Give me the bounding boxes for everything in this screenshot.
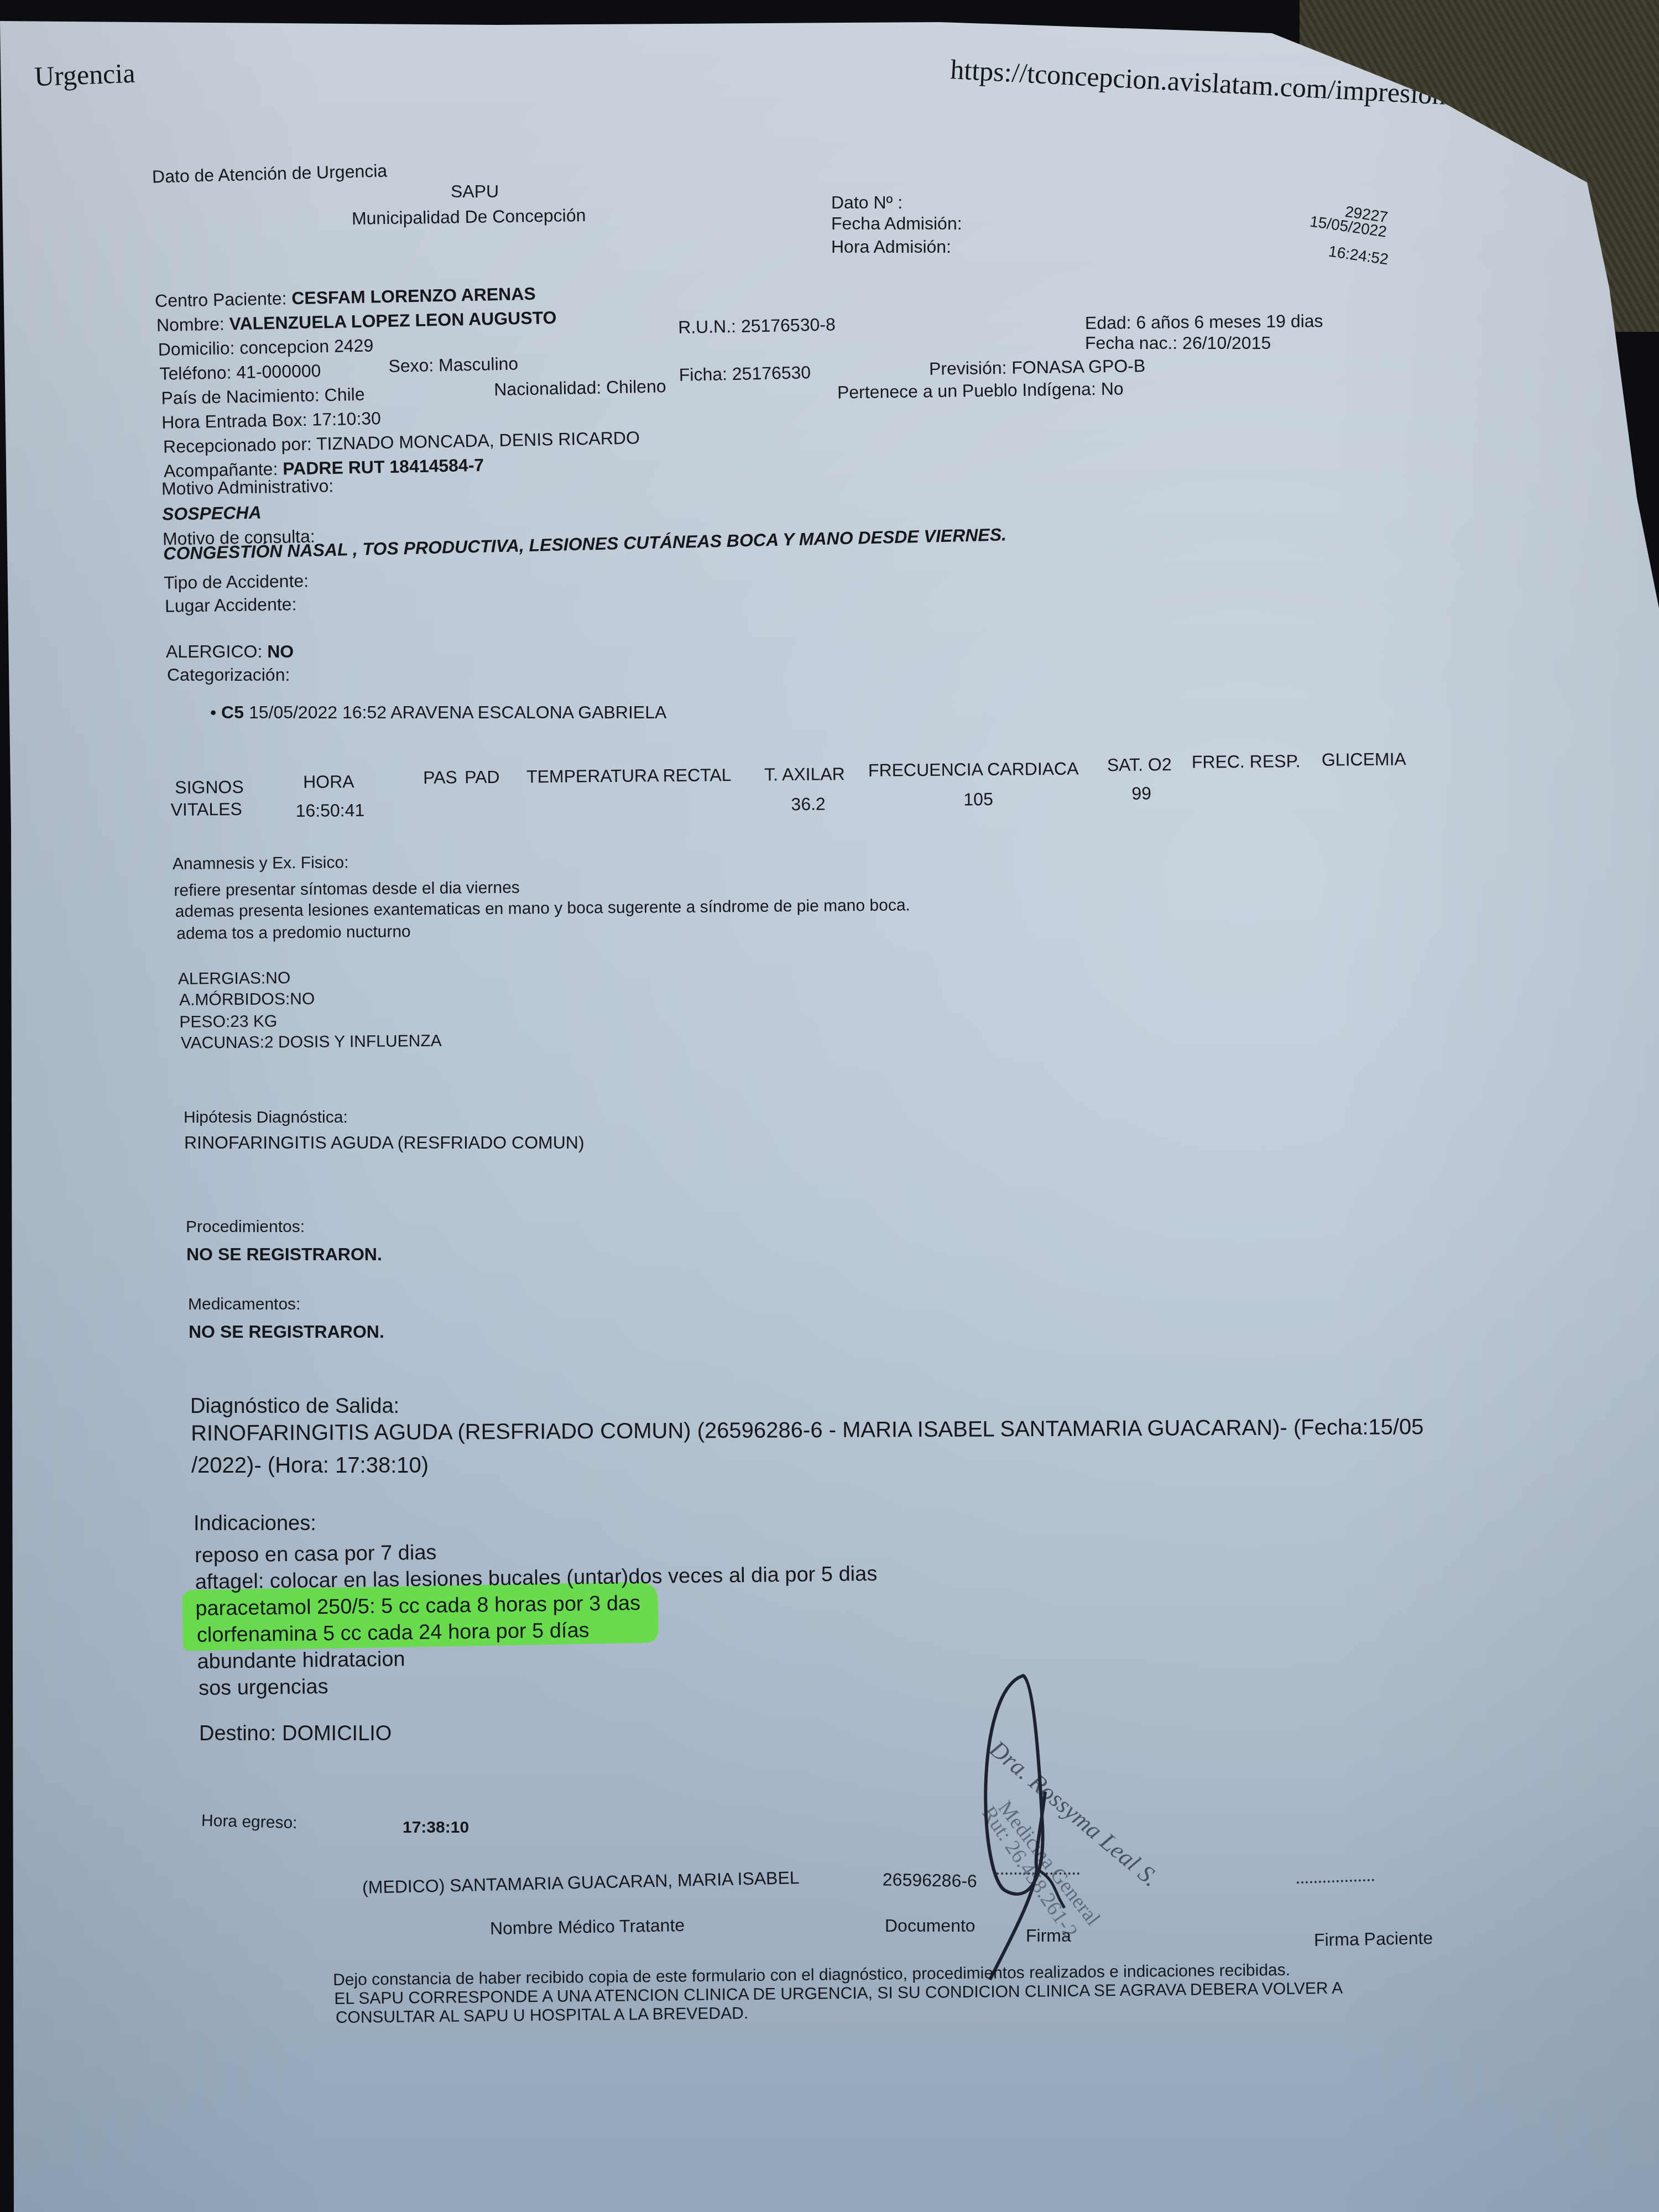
anamnesis-label: Anamnesis y Ex. Fisico: <box>173 854 349 873</box>
fecha-admision-label: Fecha Admisión: <box>831 215 962 232</box>
indicacion-item: abundante hidratacion <box>197 1648 405 1672</box>
diagnostico-salida-label: Diagnóstico de Salida: <box>190 1396 399 1417</box>
ficha-label: Ficha: <box>679 364 727 385</box>
sexo: Sexo: Masculino <box>388 354 518 375</box>
vitals-row-label-1: SIGNOS <box>175 778 244 796</box>
tipo-accidente-label: Tipo de Accidente: <box>164 572 309 592</box>
destino: Destino: DOMICILIO <box>199 1723 392 1744</box>
domicilio: Domicilio: concepcion 2429 <box>158 336 373 358</box>
destino-value: DOMICILIO <box>282 1722 392 1745</box>
edad-label: Edad: <box>1085 312 1131 333</box>
vitals-row-label-2: VITALES <box>170 800 242 818</box>
history-line: A.MÓRBIDOS:NO <box>179 991 315 1009</box>
categorizacion-label: Categorización: <box>167 666 290 684</box>
indicaciones-label: Indicaciones: <box>194 1513 316 1534</box>
hora-box-value: 17:10:30 <box>312 408 381 429</box>
medico-name-caption: Nombre Médico Tratante <box>490 1916 685 1937</box>
prevision: Previsión: FONASA GPO-B <box>929 357 1146 377</box>
nacionalidad-value: Chileno <box>606 376 666 397</box>
firma-paciente-caption: Firma Paciente <box>1314 1929 1433 1949</box>
history-line: ALERGIAS:NO <box>178 970 291 988</box>
categorizacion-code: C5 <box>221 702 244 722</box>
col-frec-resp: FREC. RESP. <box>1192 751 1301 773</box>
nacionalidad-label: Nacionalidad: <box>494 378 602 400</box>
medicamentos-value: NO SE REGISTRARON. <box>189 1323 384 1340</box>
footer-line: CONSULTAR AL SAPU U HOSPITAL A LA BREVED… <box>336 2005 749 2026</box>
col-frecuencia-cardiaca: FRECUENCIA CARDIACA <box>868 759 1079 781</box>
fecha-nac-label: Fecha nac.: <box>1085 333 1177 353</box>
diagnostico-salida-line2: /2022)- (Hora: 17:38:10) <box>191 1454 429 1477</box>
acompanante-value: PADRE RUT 18414584-7 <box>283 455 484 479</box>
col-pad: PAD <box>465 767 500 788</box>
institution-name: SAPU <box>451 182 499 200</box>
col-glicemia: GLICEMIA <box>1322 749 1406 770</box>
sexo-label: Sexo: <box>388 355 434 376</box>
col-temp-rectal: TEMPERATURA RECTAL <box>526 765 732 787</box>
recepcionado-label: Recepcionado por: <box>163 434 312 457</box>
printed-document: Urgencia https://tconcepcion.avislatam.c… <box>0 0 1659 2212</box>
ficha-value: 25176530 <box>732 362 811 384</box>
motivo-administrativo-label: Motivo Administrativo: <box>161 477 334 497</box>
run-label: R.U.N.: <box>678 316 737 337</box>
nacionalidad: Nacionalidad: Chileno <box>494 377 666 398</box>
fecha-nac-value: 26/10/2015 <box>1182 333 1271 353</box>
hora-admision-label: Hora Admisión: <box>831 238 951 255</box>
hora-egreso-value: 17:38:10 <box>403 1819 469 1836</box>
procedimientos-value: NO SE REGISTRARON. <box>186 1245 382 1263</box>
pueblo-indigena: Pertenece a un Pueblo Indígena: No <box>837 379 1124 401</box>
prevision-label: Previsión: <box>929 358 1007 379</box>
sexo-value: Masculino <box>439 353 519 375</box>
alergico-value: NO <box>267 641 294 661</box>
history-line: PESO:23 KG <box>179 1013 277 1031</box>
ficha: Ficha: 25176530 <box>679 363 811 384</box>
medicamentos-label: Medicamentos: <box>188 1296 300 1313</box>
hora-egreso-label: Hora egreso: <box>201 1813 298 1832</box>
pueblo-value: No <box>1101 378 1124 399</box>
nombre-label: Nombre: <box>156 314 225 335</box>
pais-nacimiento: País de Nacimiento: Chile <box>161 385 365 407</box>
anamnesis-line: adema tos a predomio nucturno <box>176 924 411 942</box>
destino-label: Destino: <box>199 1722 276 1745</box>
indicacion-item-highlighted: clorfenamina 5 cc cada 24 hora por 5 día… <box>197 1620 589 1646</box>
municipality-name: Municipalidad De Concepción <box>352 206 586 227</box>
dato-label: Dato Nº : <box>831 194 902 211</box>
edad-value: 6 años 6 meses 19 dias <box>1136 311 1323 332</box>
val-sat-o2: 99 <box>1131 783 1151 804</box>
indicacion-item: reposo en casa por 7 dias <box>195 1542 437 1566</box>
fecha-nacimiento: Fecha nac.: 26/10/2015 <box>1085 334 1271 352</box>
col-pas: PAS <box>423 767 457 788</box>
alergico-label: ALERGICO: <box>166 641 262 661</box>
hora-entrada-box: Hora Entrada Box: 17:10:30 <box>161 409 381 431</box>
telefono: Teléfono: 41-000000 <box>159 362 321 383</box>
col-sat-o2: SAT. O2 <box>1107 754 1172 775</box>
print-page-title: Urgencia <box>34 59 135 90</box>
telefono-label: Teléfono: <box>159 362 232 383</box>
alergico: ALERGICO: NO <box>166 643 294 660</box>
centro-label: Centro Paciente: <box>155 288 287 311</box>
run-value: 25176530-8 <box>741 314 836 336</box>
col-t-axilar: T. AXILAR <box>764 764 845 785</box>
doctor-signature-icon <box>940 1659 1161 1991</box>
edad: Edad: 6 años 6 meses 19 dias <box>1085 312 1323 332</box>
pais-value: Chile <box>324 384 365 405</box>
val-t-axilar: 36.2 <box>791 794 826 815</box>
lugar-accidente-label: Lugar Accidente: <box>165 595 297 614</box>
history-line: VACUNAS:2 DOSIS Y INFLUENZA <box>181 1033 442 1052</box>
col-hora: HORA <box>303 771 354 792</box>
val-frecuencia-cardiaca: 105 <box>963 789 993 810</box>
bullet-icon: • <box>210 702 216 722</box>
indicacion-item: sos urgencias <box>199 1676 328 1699</box>
procedimientos-label: Procedimientos: <box>186 1219 305 1235</box>
hipotesis-label: Hipótesis Diagnóstica: <box>184 1109 348 1126</box>
domicilio-label: Domicilio: <box>158 338 234 359</box>
val-hora: 16:50:41 <box>295 800 364 821</box>
categorizacion-value: 15/05/2022 16:52 ARAVENA ESCALONA GABRIE… <box>249 702 666 722</box>
telefono-value: 41-000000 <box>236 361 321 382</box>
categorizacion-entry: • C5 15/05/2022 16:52 ARAVENA ESCALONA G… <box>210 703 666 721</box>
run: R.U.N.: 25176530-8 <box>678 315 836 336</box>
hora-box-label: Hora Entrada Box: <box>161 410 307 432</box>
prevision-value: FONASA GPO-B <box>1011 356 1145 377</box>
hipotesis-value: RINOFARINGITIS AGUDA (RESFRIADO COMUN) <box>184 1134 585 1151</box>
motivo-administrativo-value: SOSPECHA <box>162 503 262 523</box>
domicilio-value: concepcion 2429 <box>239 335 374 358</box>
pueblo-label: Pertenece a un Pueblo Indígena: <box>837 379 1096 403</box>
pais-label: País de Nacimiento: <box>161 385 320 408</box>
anamnesis-line: refiere presentar síntomas desde el dia … <box>174 880 520 899</box>
indicacion-item-highlighted: paracetamol 250/5: 5 cc cada 8 horas por… <box>195 1593 640 1619</box>
